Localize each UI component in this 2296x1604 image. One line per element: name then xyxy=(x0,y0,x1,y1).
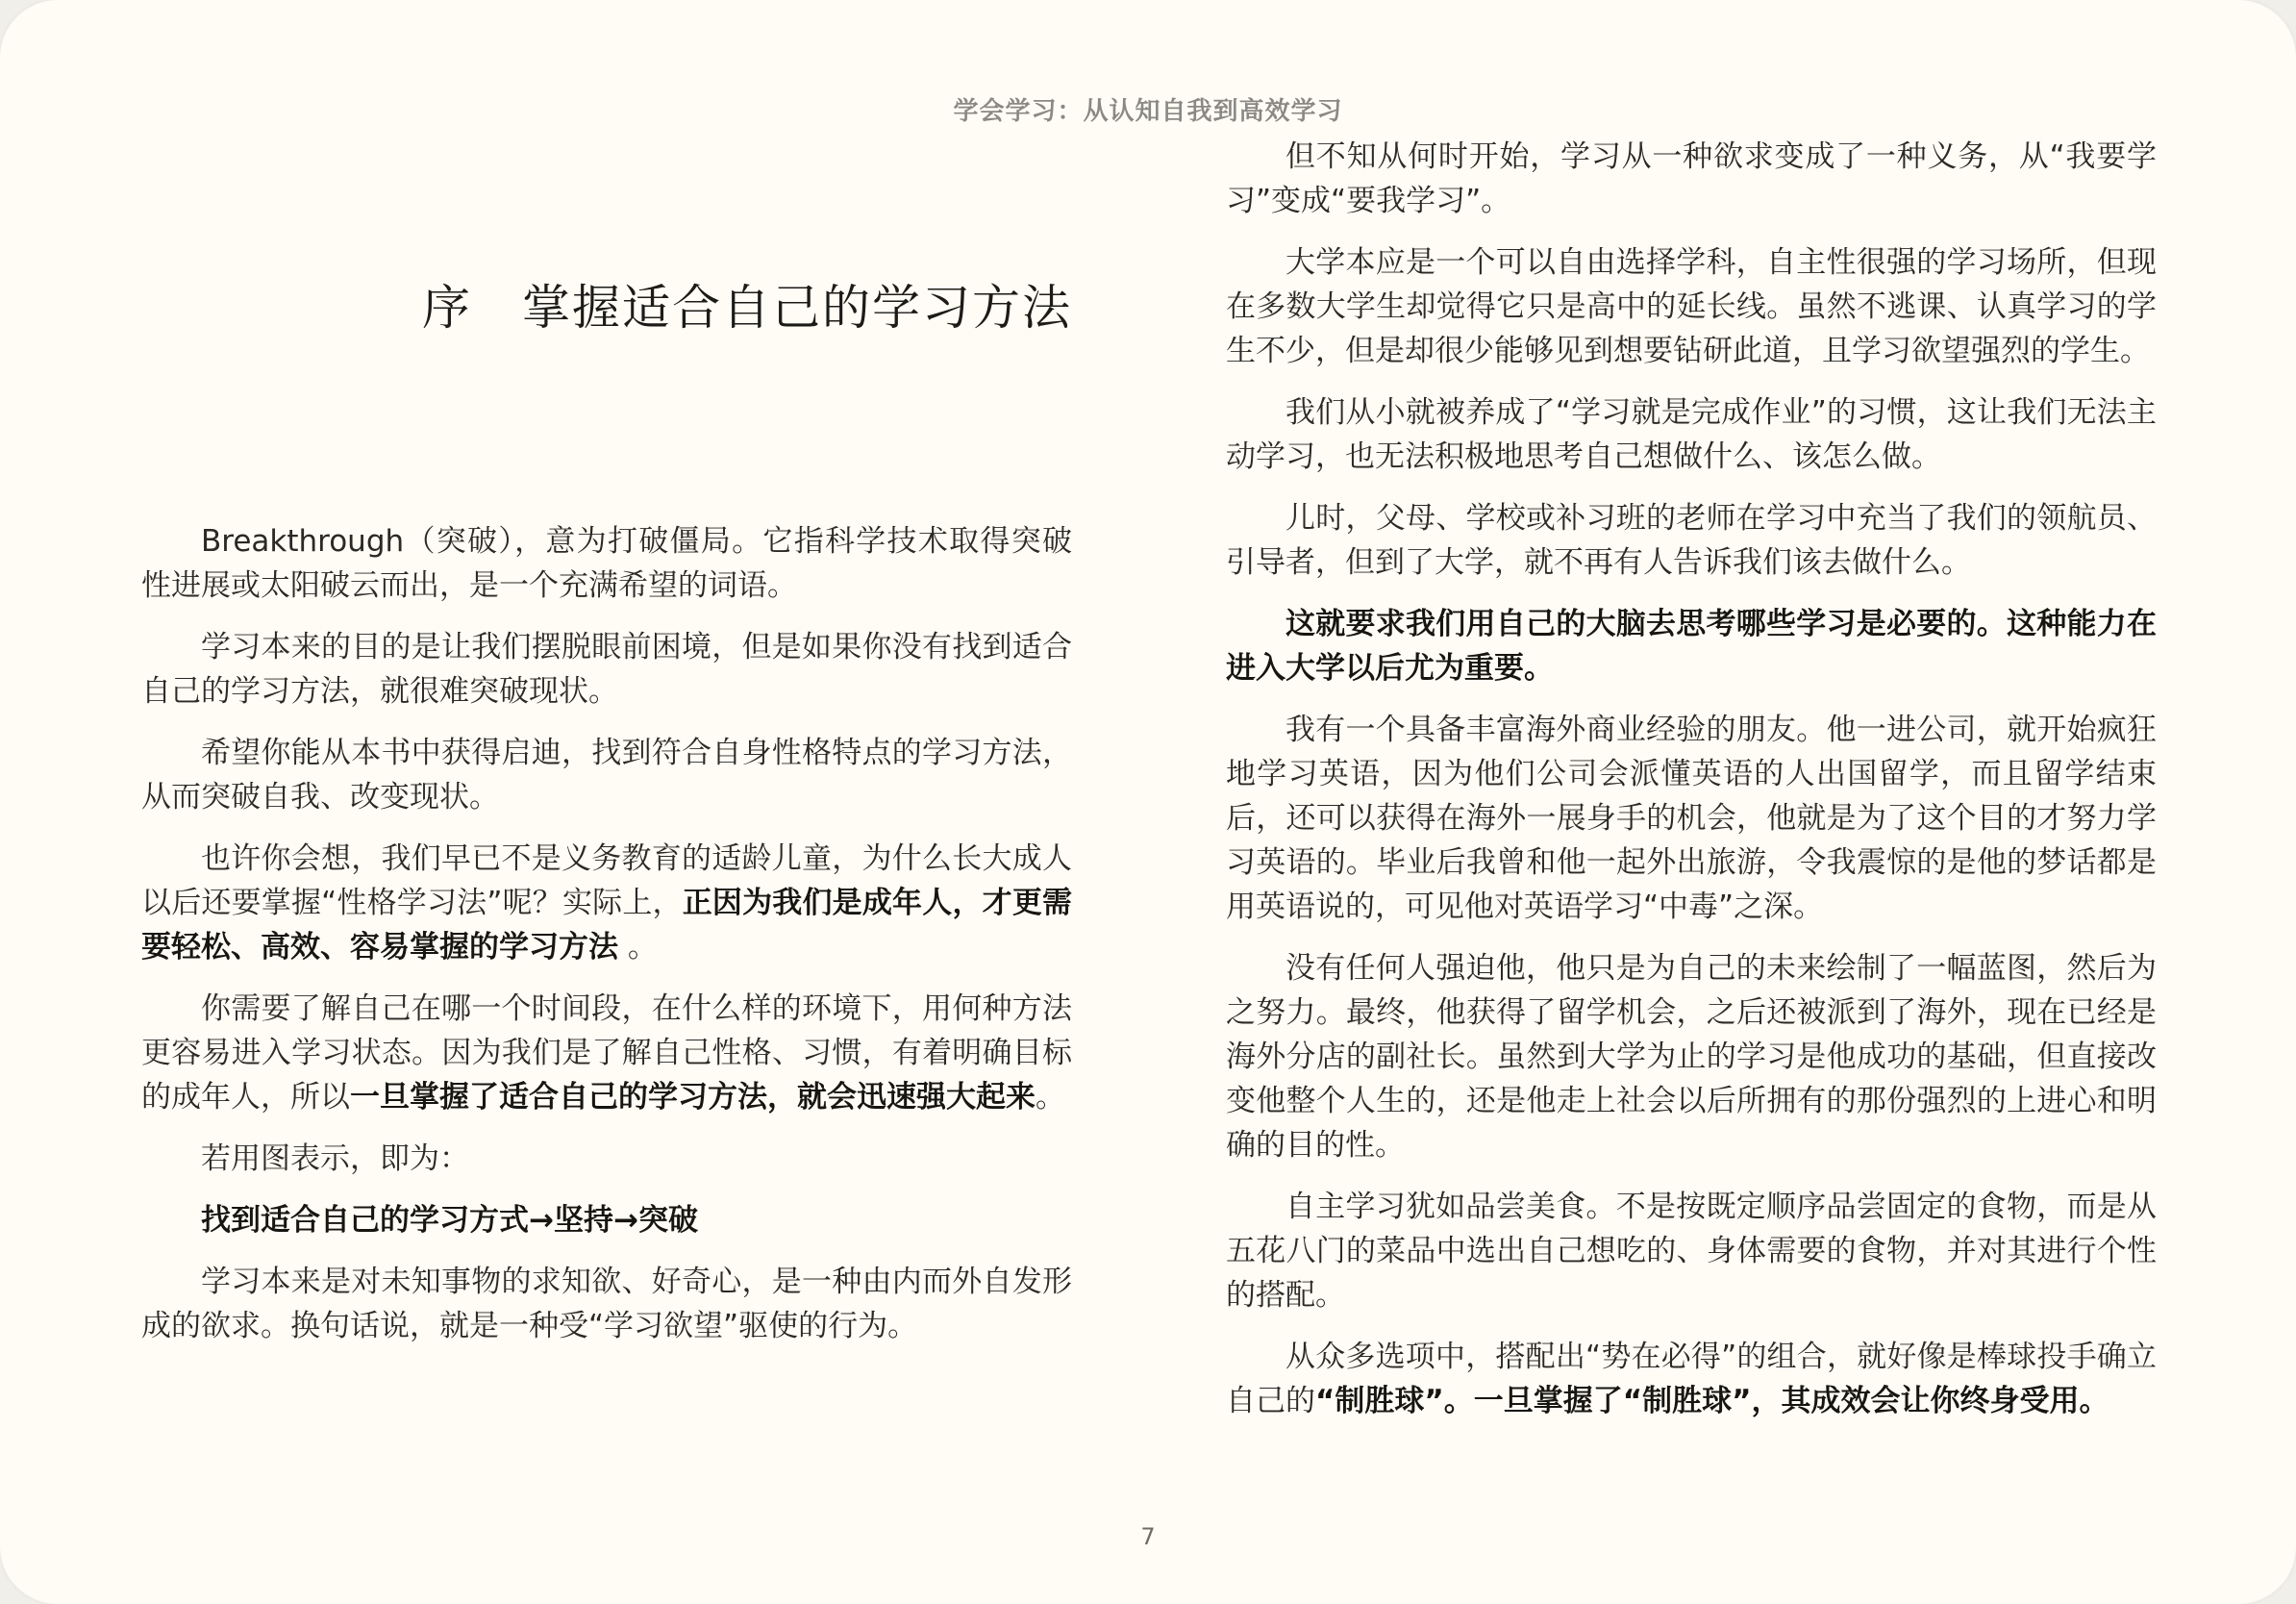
flow-formula: 找到适合自己的学习方式→坚持→突破 xyxy=(141,1198,1072,1242)
emphasis-text: 找到适合自己的学习方式→坚持→突破 xyxy=(201,1203,698,1238)
paragraph: 没有任何人强迫他，他只是为自己的未来绘制了一幅蓝图，然后为之努力。最终，他获得了… xyxy=(1226,946,2157,1167)
paragraph: Breakthrough（突破），意为打破僵局。它指科学技术取得突破性进展或太阳… xyxy=(141,519,1072,608)
paragraph: 这就要求我们用自己的大脑去思考哪些学习是必要的。这种能力在进入大学以后尤为重要。 xyxy=(1226,602,2157,690)
paragraph: 儿时，父母、学校或补习班的老师在学习中充当了我们的领航员、引导者，但到了大学，就… xyxy=(1226,496,2157,585)
book-page: 学会学习：从认知自我到高效学习 序 掌握适合自己的学习方法 Breakthrou… xyxy=(0,0,2296,1604)
paragraph: 我们从小就被养成了“学习就是完成作业”的习惯，这让我们无法主动学习，也无法积极地… xyxy=(1226,390,2157,479)
paragraph: 大学本应是一个可以自由选择学科，自主性很强的学习场所，但现在多数大学生却觉得它只… xyxy=(1226,240,2157,373)
paragraph: 你需要了解自己在哪一个时间段，在什么样的环境下，用何种方法更容易进入学习状态。因… xyxy=(141,987,1072,1119)
paragraph: 但不知从何时开始，学习从一种欲求变成了一种义务，从“我要学习”变成“要我学习”。 xyxy=(1226,135,2157,223)
left-column: Breakthrough（突破），意为打破僵局。它指科学技术取得突破性进展或太阳… xyxy=(141,519,1072,1366)
page-number: 7 xyxy=(0,1523,2296,1550)
paragraph: 我有一个具备丰富海外商业经验的朋友。他一进公司，就开始疯狂地学习英语，因为他们公… xyxy=(1226,708,2157,929)
right-column: 但不知从何时开始，学习从一种欲求变成了一种义务，从“我要学习”变成“要我学习”。… xyxy=(1226,135,2157,1441)
paragraph: 希望你能从本书中获得启迪，找到符合自身性格特点的学习方法，从而突破自我、改变现状… xyxy=(141,731,1072,819)
paragraph: 学习本来的目的是让我们摆脱眼前困境，但是如果你没有找到适合自己的学习方法，就很难… xyxy=(141,625,1072,714)
running-header: 学会学习：从认知自我到高效学习 xyxy=(0,91,2296,127)
emphasis-text: 一旦掌握了适合自己的学习方法，就会迅速强大起来 xyxy=(350,1080,1036,1115)
paragraph: 也许你会想，我们早已不是义务教育的适龄儿童，为什么长大成人以后还要掌握“性格学习… xyxy=(141,837,1072,969)
emphasis-text: “制胜球”。一旦掌握了“制胜球”，其成效会让你终身受用。 xyxy=(1315,1384,2109,1418)
paragraph: 从众多选项中，搭配出“势在必得”的组合，就好像是棒球投手确立自己的“制胜球”。一… xyxy=(1226,1335,2157,1423)
chapter-title: 序 掌握适合自己的学习方法 xyxy=(141,269,1072,338)
paragraph: 自主学习犹如品尝美食。不是按既定顺序品尝固定的食物，而是从五花八门的菜品中选出自… xyxy=(1226,1185,2157,1317)
paragraph: 若用图表示，即为： xyxy=(141,1137,1072,1181)
emphasis-text: 这就要求我们用自己的大脑去思考哪些学习是必要的。这种能力在进入大学以后尤为重要。 xyxy=(1226,607,2157,686)
paragraph: 学习本来是对未知事物的求知欲、好奇心，是一种由内而外自发形成的欲求。换句话说，就… xyxy=(141,1260,1072,1348)
